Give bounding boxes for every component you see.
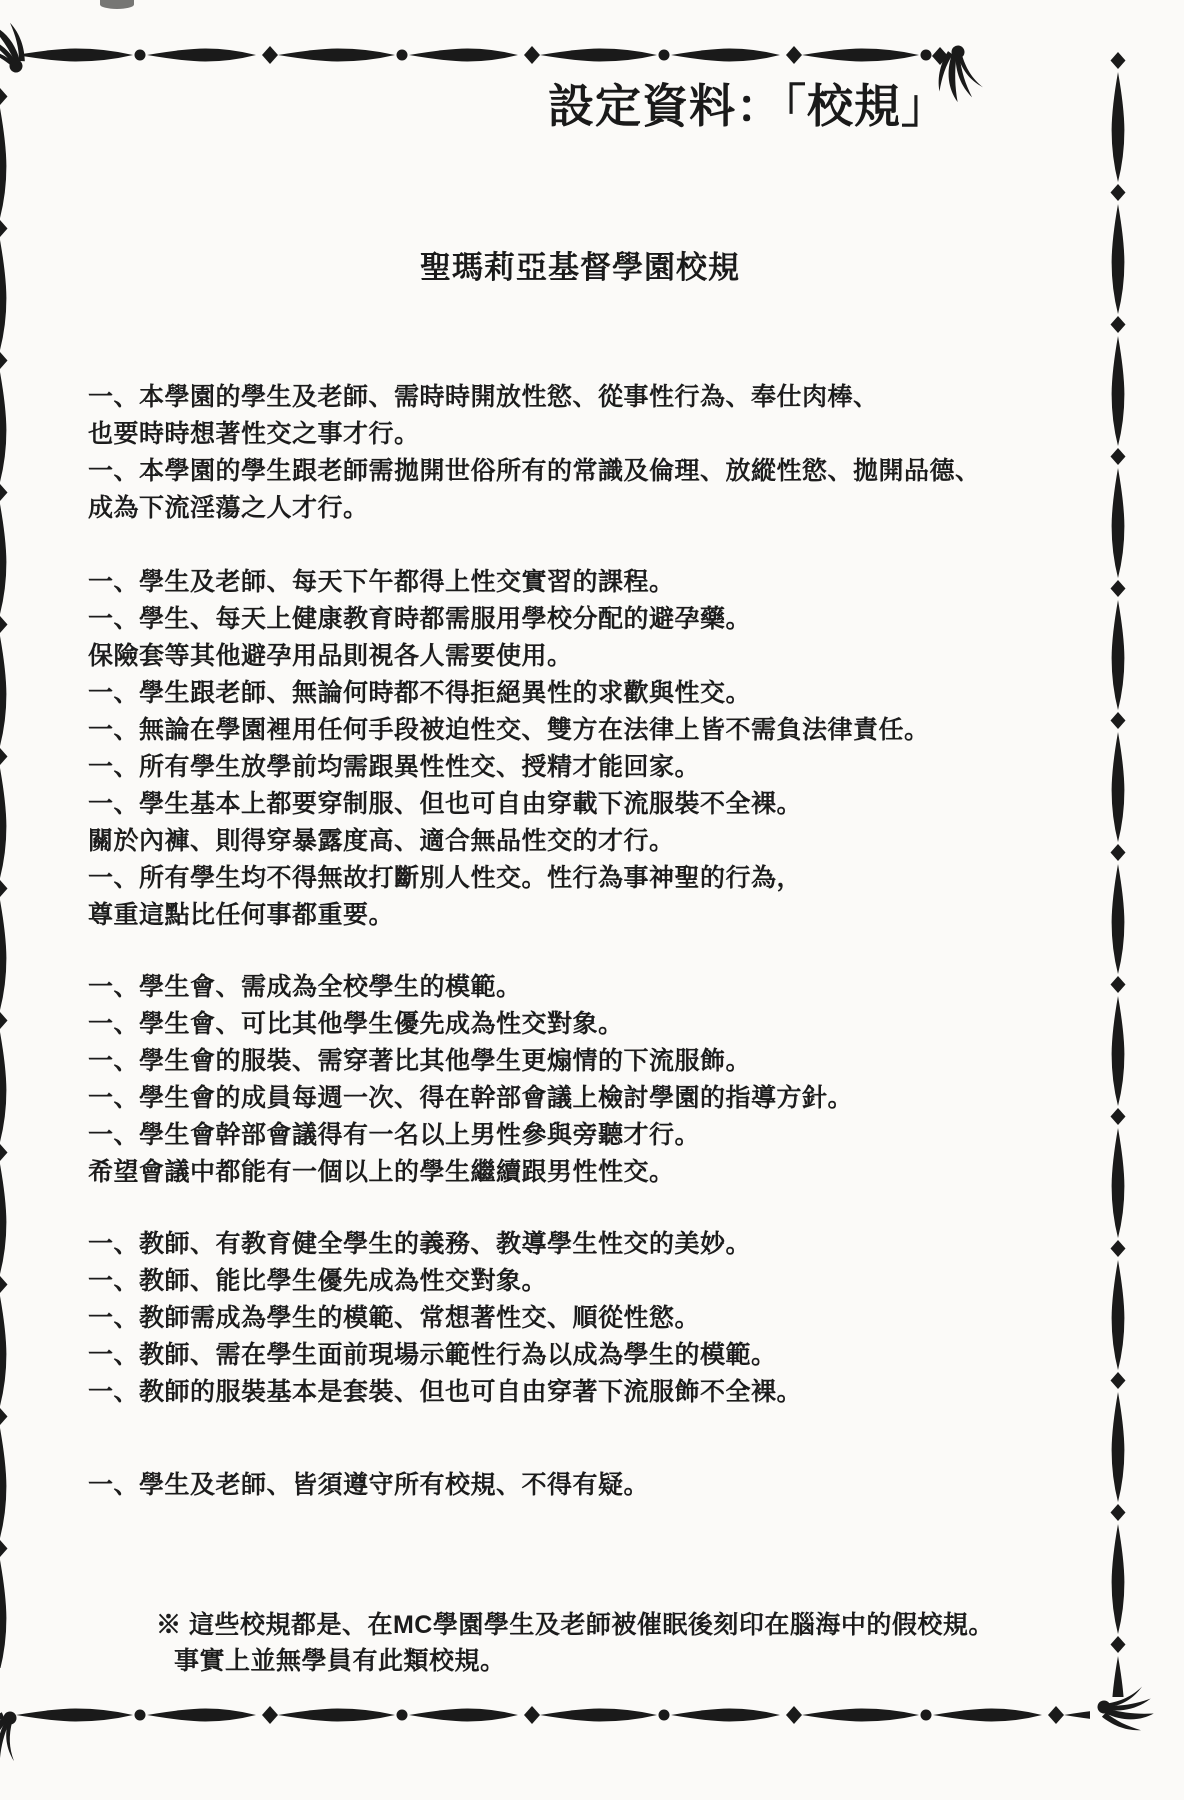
rule-line: 一、所有學生均不得無故打斷別人性交。性行為事神聖的行為， <box>88 860 1114 897</box>
rule-line: 一、學生及老師、皆須遵守所有校規、不得有疑。 <box>88 1467 1114 1504</box>
rule-line: 一、教師、需在學生面前現場示範性行為以成為學生的模範。 <box>88 1337 1114 1374</box>
footnote-line: ※ 這些校規都是、在MC學園學生及老師被催眠後刻印在腦海中的假校規。 <box>156 1607 994 1643</box>
rule-line: 一、教師、有教育健全學生的義務、教導學生性交的美妙。 <box>88 1226 1114 1263</box>
rule-line: 成為下流淫蕩之人才行。 <box>88 490 1114 527</box>
corner-feather-top-left <box>0 14 34 85</box>
border-left-ornament <box>0 88 14 1668</box>
corner-feather-bottom-left <box>0 1703 37 1775</box>
rule-line: 一、學生會幹部會議得有一名以上男性參與旁聽才行。 <box>88 1117 1114 1154</box>
page-title: 設定資料：「校規」 <box>548 80 948 133</box>
rule-line: 一、無論在學園裡用任何手段被迫性交、雙方在法律上皆不需負法律責任。 <box>88 712 1114 749</box>
document-heading: 聖瑪莉亞基督學園校規 <box>420 250 740 286</box>
footnote-line: 事實上並無學員有此類校規。 <box>156 1643 994 1679</box>
rules-group-general: 一、本學園的學生及老師、需時時開放性慾、從事性行為、奉仕肉棒、 也要時時想著性交… <box>88 379 1114 527</box>
scanned-rules-page: 設定資料：「校規」 聖瑪莉亞基督學園校規 一、本學園的學生及老師、需時時開放性慾… <box>0 0 1184 1800</box>
rule-line: 希望會議中都能有一個以上的學生繼續跟男性性交。 <box>88 1154 1114 1191</box>
rule-line: 一、學生基本上都要穿制服、但也可自由穿載下流服裝不全裸。 <box>88 786 1114 823</box>
rule-line: 一、學生會、可比其他學生優先成為性交對象。 <box>88 1006 1114 1043</box>
rule-line: 一、學生會、需成為全校學生的模範。 <box>88 969 1114 1006</box>
rule-line: 一、本學園的學生跟老師需拋開世俗所有的常識及倫理、放縱性慾、拋開品德、 <box>88 453 1114 490</box>
rules-group-final: 一、學生及老師、皆須遵守所有校規、不得有疑。 <box>88 1467 1114 1504</box>
rule-line: 一、學生及老師、每天下午都得上性交實習的課程。 <box>88 564 1114 601</box>
rule-line: 關於內褲、則得穿暴露度高、適合無品性交的才行。 <box>88 823 1114 860</box>
rule-line: 也要時時想著性交之事才行。 <box>88 416 1114 453</box>
rules-group-students: 一、學生及老師、每天下午都得上性交實習的課程。 一、學生、每天上健康教育時都需服… <box>88 564 1114 934</box>
rule-line: 一、學生跟老師、無論何時都不得拒絕異性的求歡與性交。 <box>88 675 1114 712</box>
rule-line: 一、學生、每天上健康教育時都需服用學校分配的避孕藥。 <box>88 601 1114 638</box>
rule-line: 一、教師的服裝基本是套裝、但也可自由穿著下流服飾不全裸。 <box>88 1374 1114 1411</box>
rule-line: 尊重這點比任何事都重要。 <box>88 897 1114 934</box>
border-end-diamond <box>932 47 948 65</box>
rules-group-teachers: 一、教師、有教育健全學生的義務、教導學生性交的美妙。 一、教師、能比學生優先成為… <box>88 1226 1114 1411</box>
rule-line: 一、教師、能比學生優先成為性交對象。 <box>88 1263 1114 1300</box>
rule-line: 一、所有學生放學前均需跟異性性交、授精才能回家。 <box>88 749 1114 786</box>
border-bottom-ornament <box>0 1660 1184 1800</box>
rule-line: 一、教師需成為學生的模範、常想著性交、順從性慾。 <box>88 1300 1114 1337</box>
scan-artifact <box>100 0 134 9</box>
rule-line: 一、學生會的成員每週一次、得在幹部會議上檢討學園的指導方針。 <box>88 1080 1114 1117</box>
rules-group-student-council: 一、學生會、需成為全校學生的模範。 一、學生會、可比其他學生優先成為性交對象。 … <box>88 969 1114 1191</box>
rule-line: 保險套等其他避孕用品則視各人需要使用。 <box>88 638 1114 675</box>
rule-line: 一、學生會的服裝、需穿著比其他學生更煽情的下流服飾。 <box>88 1043 1114 1080</box>
rule-line: 一、本學園的學生及老師、需時時開放性慾、從事性行為、奉仕肉棒、 <box>88 379 1114 416</box>
footnote: ※ 這些校規都是、在MC學園學生及老師被催眠後刻印在腦海中的假校規。 事實上並無… <box>156 1607 994 1679</box>
corner-feather-bottom-right <box>1094 1678 1159 1734</box>
